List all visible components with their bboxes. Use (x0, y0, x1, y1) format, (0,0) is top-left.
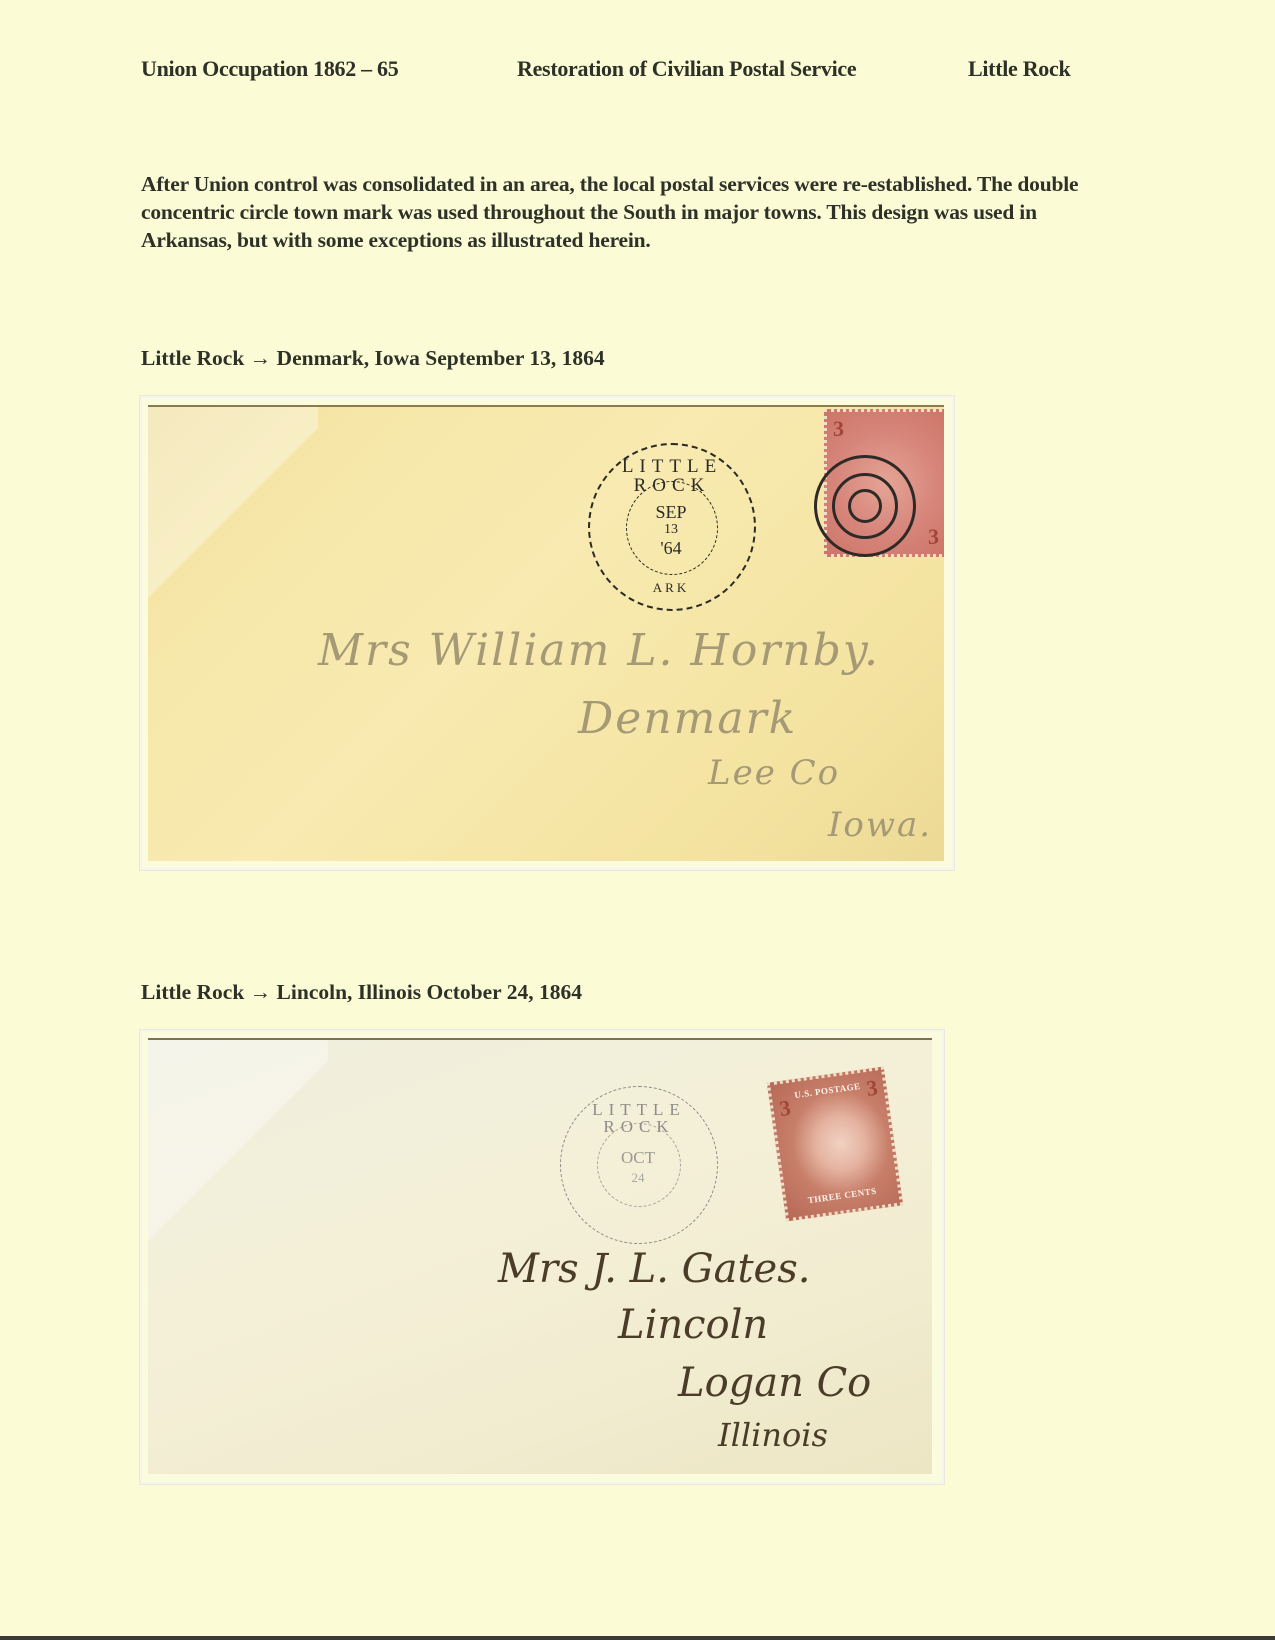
postmark-day: 24 (613, 1171, 663, 1184)
cover-1-envelope: LITTLE ROCK SEP 13 '64 ARK 3 3 Mrs Willi… (148, 405, 944, 861)
cover-2-postmark: LITTLE ROCK OCT 24 (560, 1086, 718, 1244)
address-line-1: Mrs J. L. Gates. (498, 1246, 810, 1292)
postmark-year: '64 (646, 539, 696, 557)
postmark-month: OCT (613, 1149, 663, 1166)
scan-edge (0, 1636, 1275, 1640)
mount-corner (148, 1040, 328, 1260)
address-line-2: Lincoln (618, 1302, 768, 1348)
target-cancel-center (848, 489, 882, 523)
mount-corner (148, 407, 318, 617)
intro-paragraph: After Union control was consolidated in … (141, 170, 1091, 254)
postmark-month: SEP (646, 503, 696, 521)
header-topic: Restoration of Civilian Postal Service (517, 56, 856, 82)
header-location: Little Rock (968, 56, 1070, 82)
address-line-3: Lee Co (708, 753, 840, 793)
postmark-town: LITTLE ROCK (600, 457, 744, 495)
cover-2-caption: Little Rock → Lincoln, Illinois October … (141, 980, 582, 1005)
cover-2-stamp: U.S. POSTAGE 3 3 THREE CENTS (767, 1066, 903, 1221)
header-period: Union Occupation 1862 – 65 (141, 56, 398, 82)
postmark-day: 13 (646, 523, 696, 537)
address-line-3: Logan Co (678, 1360, 871, 1406)
address-line-2: Denmark (578, 693, 797, 744)
address-line-4: Iowa. (828, 805, 932, 845)
cover-1-postmark: LITTLE ROCK SEP 13 '64 ARK (588, 443, 756, 611)
cover-1-caption: Little Rock → Denmark, Iowa September 13… (141, 346, 605, 371)
address-line-4: Illinois (718, 1416, 828, 1454)
postmark-town: LITTLE ROCK (571, 1101, 707, 1135)
cover-2-envelope: LITTLE ROCK OCT 24 U.S. POSTAGE 3 3 THRE… (148, 1038, 932, 1474)
postmark-state: ARK (646, 581, 696, 594)
address-line-1: Mrs William L. Hornby. (318, 625, 880, 676)
